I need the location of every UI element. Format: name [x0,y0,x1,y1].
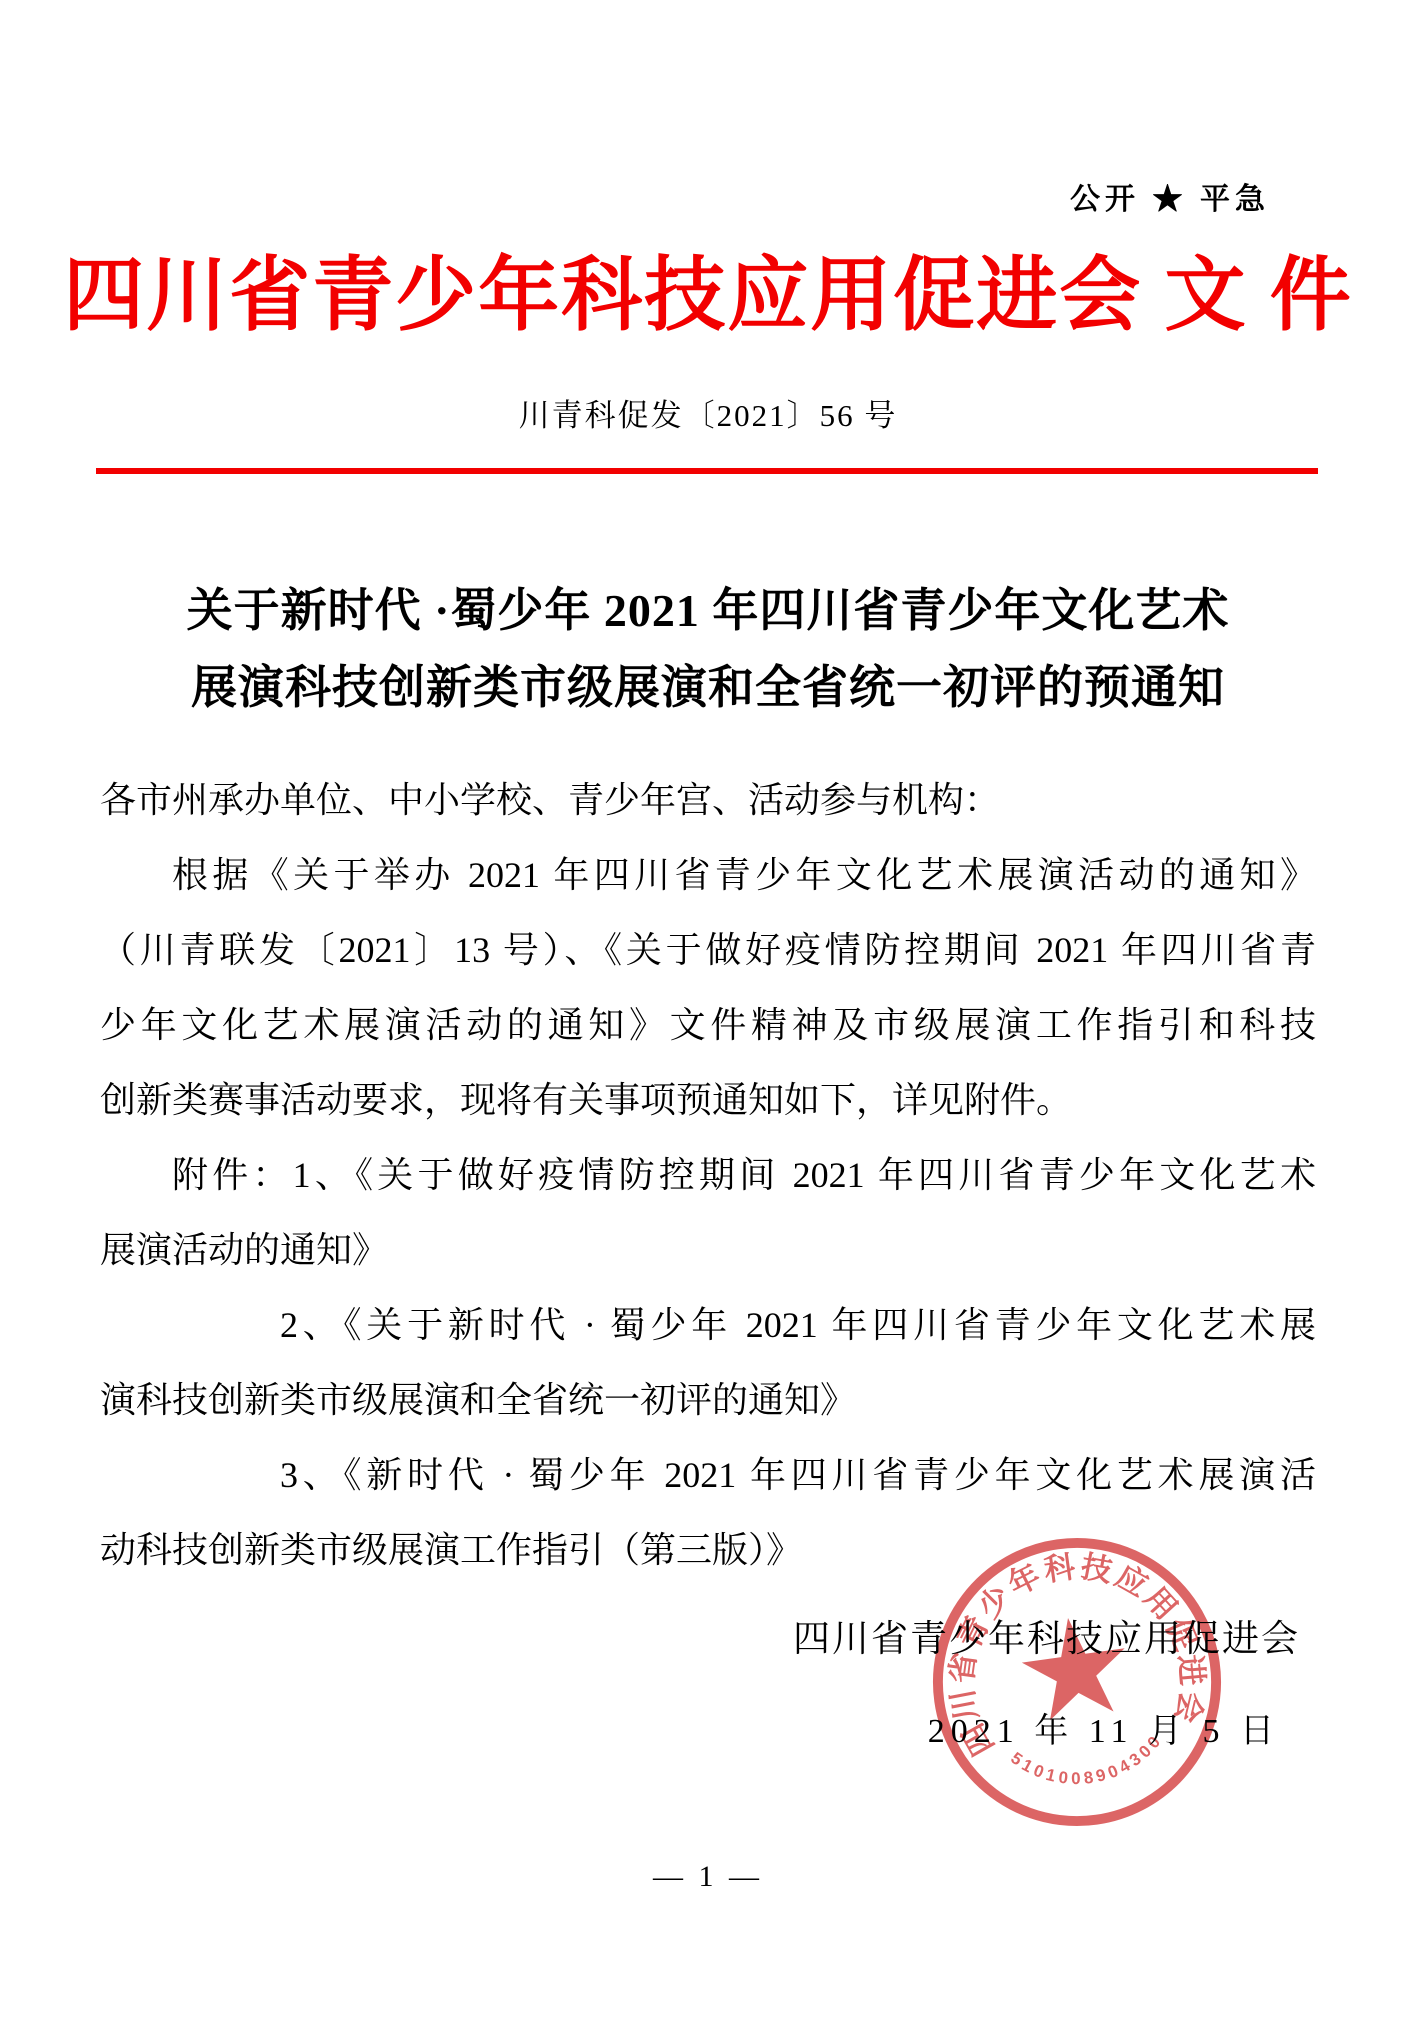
document-title-line1: 关于新时代 ·蜀少年 2021 年四川省青少年文化艺术 [98,572,1318,649]
document-page: 公开 ★ 平急 四川省青少年科技应用促进会 文 件 川青科促发〔2021〕56 … [0,0,1416,2017]
attachment-line: 2、《关于新时代 · 蜀少年 2021 年四川省青少年文化艺术展 [100,1288,1316,1363]
document-title: 关于新时代 ·蜀少年 2021 年四川省青少年文化艺术 展演科技创新类市级展演和… [98,572,1318,726]
body-line: 少年文化艺术展演活动的通知》文件精神及市级展演工作指引和科技 [100,988,1316,1063]
attachment-line: 演科技创新类市级展演和全省统一初评的通知》 [100,1363,1316,1438]
official-seal: 四川省青少年科技应用促进会 5101008904300 [909,1514,1246,1851]
attachment-line: 展演活动的通知》 [100,1213,1316,1288]
body-line: （川青联发〔2021〕13 号）、《关于做好疫情防控期间 2021 年四川省青 [100,913,1316,988]
attachment-line: 3、《新时代 · 蜀少年 2021 年四川省青少年文化艺术展演活 [100,1438,1316,1513]
document-title-line2: 展演科技创新类市级展演和全省统一初评的预通知 [98,649,1318,726]
document-body: 各市州承办单位、中小学校、青少年宫、活动参与机构： 根据《关于举办 2021 年… [100,763,1316,1588]
attachment-line: 附件：1、《关于做好疫情防控期间 2021 年四川省青少年文化艺术 [100,1138,1316,1213]
seal-number-container: 5101008904300 [1005,1728,1171,1798]
seal-star-icon [1017,1611,1134,1723]
salutation-line: 各市州承办单位、中小学校、青少年宫、活动参与机构： [100,763,1316,838]
classification-marking: 公开 ★ 平急 [1070,174,1270,218]
red-divider-line [96,468,1318,474]
issuing-org-banner: 四川省青少年科技应用促进会 文 件 [0,250,1416,343]
page-number: — 1 — [0,1860,1416,1894]
body-line: 根据《关于举办 2021 年四川省青少年文化艺术展演活动的通知》 [100,838,1316,913]
document-number: 川青科促发〔2021〕56 号 [0,390,1416,435]
seal-number: 5101008904300 [1005,1728,1171,1798]
body-line: 创新类赛事活动要求，现将有关事项预通知如下，详见附件。 [100,1063,1316,1138]
